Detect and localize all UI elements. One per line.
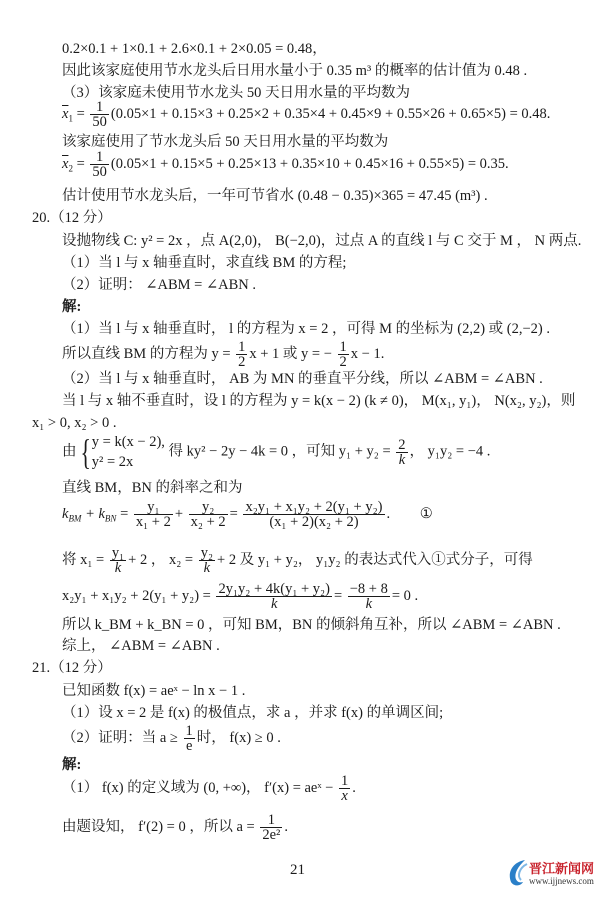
q19-conclusion: 估计使用节水龙头后，一年可节省水 (0.48 − 0.35)×365 = 47.… bbox=[62, 187, 488, 205]
fraction-1-50: 150 bbox=[90, 100, 109, 129]
logo-url: www.ijjnews.com bbox=[529, 876, 594, 886]
q21-solution-label: 解: bbox=[62, 756, 81, 774]
q21-part2: （2）证明：当 a ≥ 1e时， f(x) ≥ 0 . bbox=[62, 724, 281, 753]
page-number: 21 bbox=[290, 862, 305, 879]
q19-mean-x2: x2 = 150(0.05×1 + 0.15×5 + 0.25×13 + 0.3… bbox=[62, 150, 509, 179]
q20-solution-label: 解: bbox=[62, 298, 81, 316]
q20-conclusion-1: 所以 k_BM + k_BN = 0 ，可知 BM，BN 的倾斜角互补，所以 ∠… bbox=[62, 616, 561, 634]
q19-mean-x1: x1 = 150(0.05×1 + 0.15×3 + 0.25×2 + 0.35… bbox=[62, 100, 550, 129]
q21-stem: 已知函数 f(x) = aeˣ − ln x − 1 . bbox=[62, 682, 245, 700]
q20-stem: 设抛物线 C: y² = 2x ，点 A(2,0)， B(−2,0)，过点 A … bbox=[62, 232, 581, 250]
q20-slope-intro: 直线 BM，BN 的斜率之和为 bbox=[62, 479, 242, 497]
q19-x2-intro: 该家庭使用了节水龙头后 50 天日用水量的平均数为 bbox=[62, 133, 388, 151]
q20-header: 20.（12 分） bbox=[32, 209, 112, 227]
q19-calc-line: 0.2×0.1 + 1×0.1 + 2.6×0.1 + 2×0.05 = 0.4… bbox=[62, 40, 327, 58]
q20-s2-line1: （2）当 l 与 x 轴垂直时， AB 为 MN 的垂直平分线，所以 ∠ABM … bbox=[62, 370, 543, 388]
q19-probability-line: 因此该家庭使用节水龙头后日用水量小于 0.35 m³ 的概率的估计值为 0.48… bbox=[62, 62, 527, 80]
left-brace-icon: { bbox=[80, 434, 90, 470]
q20-substitution: 将 x₁ = y₁k+ 2 ， x₂ = y₂k+ 2 及 y₁ + y₂， y… bbox=[62, 546, 533, 575]
q21-part1: （1）设 x = 2 是 f(x) 的极值点，求 a ，并求 f(x) 的单调区… bbox=[62, 704, 443, 722]
q20-system: 由{y = k(x − 2),y² = 2x 得 ky² − 2y − 4k =… bbox=[62, 432, 490, 472]
swirl-logo-icon bbox=[505, 858, 529, 888]
logo-name: 晋江新闻网 bbox=[529, 858, 594, 877]
q20-part2: （2）证明： ∠ABM = ∠ABN . bbox=[62, 276, 256, 294]
q20-slope-sum: kBM + kBN = y₁x₁ + 2+ y₂x₂ + 2= x₂y₁ + x… bbox=[62, 500, 433, 529]
site-logo: 晋江新闻网 www.ijjnews.com bbox=[505, 856, 597, 892]
q20-numerator-calc: x₂y₁ + x₁y₂ + 2(y₁ + y₂) = 2y₁y₂ + 4k(y₁… bbox=[62, 582, 418, 611]
q21-header: 21.（12 分） bbox=[32, 659, 112, 677]
q20-s2-line2: 当 l 与 x 轴不垂直时，设 l 的方程为 y = k(x − 2) (k ≠… bbox=[62, 392, 575, 410]
fraction-1-50: 150 bbox=[90, 150, 109, 179]
q21-s2: 由题设知， f′(2) = 0 ，所以 a = 12e². bbox=[62, 813, 288, 842]
q20-s1-line1: （1）当 l 与 x 轴垂直时， l 的方程为 x = 2 ，可得 M 的坐标为… bbox=[62, 320, 550, 338]
q20-part1: （1）当 l 与 x 轴垂直时，求直线 BM 的方程; bbox=[62, 254, 346, 272]
q20-conclusion-2: 综上， ∠ABM = ∠ABN . bbox=[62, 637, 220, 655]
q20-s1-line2: 所以直线 BM 的方程为 y = 12x + 1 或 y = − 12x − 1… bbox=[62, 340, 384, 369]
equation-marker: ① bbox=[420, 506, 433, 522]
q21-s1: （1） f(x) 的定义域为 (0, +∞)， f′(x) = aeˣ − 1x… bbox=[62, 774, 356, 803]
q20-s2-line3: x₁ > 0, x₂ > 0 . bbox=[32, 414, 116, 432]
exam-solution-page: 0.2×0.1 + 1×0.1 + 2.6×0.1 + 2×0.05 = 0.4… bbox=[0, 0, 600, 900]
